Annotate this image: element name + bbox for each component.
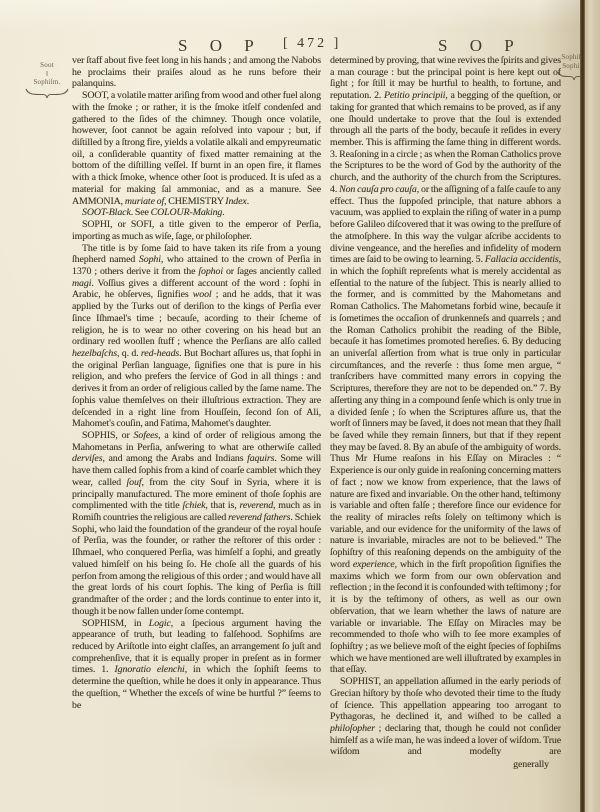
paragraph: SOPHIS, or Sofees, a kind of order of re… <box>72 430 321 618</box>
page-edge-strip <box>585 0 600 812</box>
header-title-right: S O P <box>438 36 523 56</box>
paragraph: SOPHISM, in Logic, a ſpecious argument h… <box>72 618 321 712</box>
text-column-right: determined by proving, that wine revives… <box>330 55 561 798</box>
paragraphs-container: determined by proving, that wine revives… <box>330 55 561 758</box>
scan-light-band <box>0 0 600 28</box>
margin-note-line: Soot <box>24 61 70 70</box>
page-number: [ 472 ] <box>283 36 341 52</box>
margin-note-left: Soot ‖ Sophiſm. <box>24 61 70 99</box>
paragraph: SOOT, a volatile matter ariſing from woo… <box>72 90 321 207</box>
paragraph: SOPHI, or SOFI, a title given to the emp… <box>72 219 321 242</box>
text-column-left: ver ſtaff about five feet long in his ha… <box>72 55 321 798</box>
underbrace-icon <box>25 88 69 99</box>
catchword: generally <box>330 759 561 771</box>
paragraph: ver ſtaff about five feet long in his ha… <box>72 55 321 90</box>
paragraph: determined by proving, that wine revives… <box>330 55 561 676</box>
margin-note-line: Sophiſm. <box>24 78 70 87</box>
margin-note-line: ‖ <box>24 70 70 79</box>
paragraph: SOOT-Black. See COLOUR-Making. <box>72 207 321 219</box>
paragraph: The title is by ſome ſaid to have taken … <box>72 243 321 431</box>
header-title-left: S O P <box>178 36 263 56</box>
paragraph: SOPHIST, an appellation aſſumed in the e… <box>330 676 561 758</box>
scanned-book-page: S O P [ 472 ] S O P Soot ‖ Sophiſm. Soph… <box>0 0 600 812</box>
